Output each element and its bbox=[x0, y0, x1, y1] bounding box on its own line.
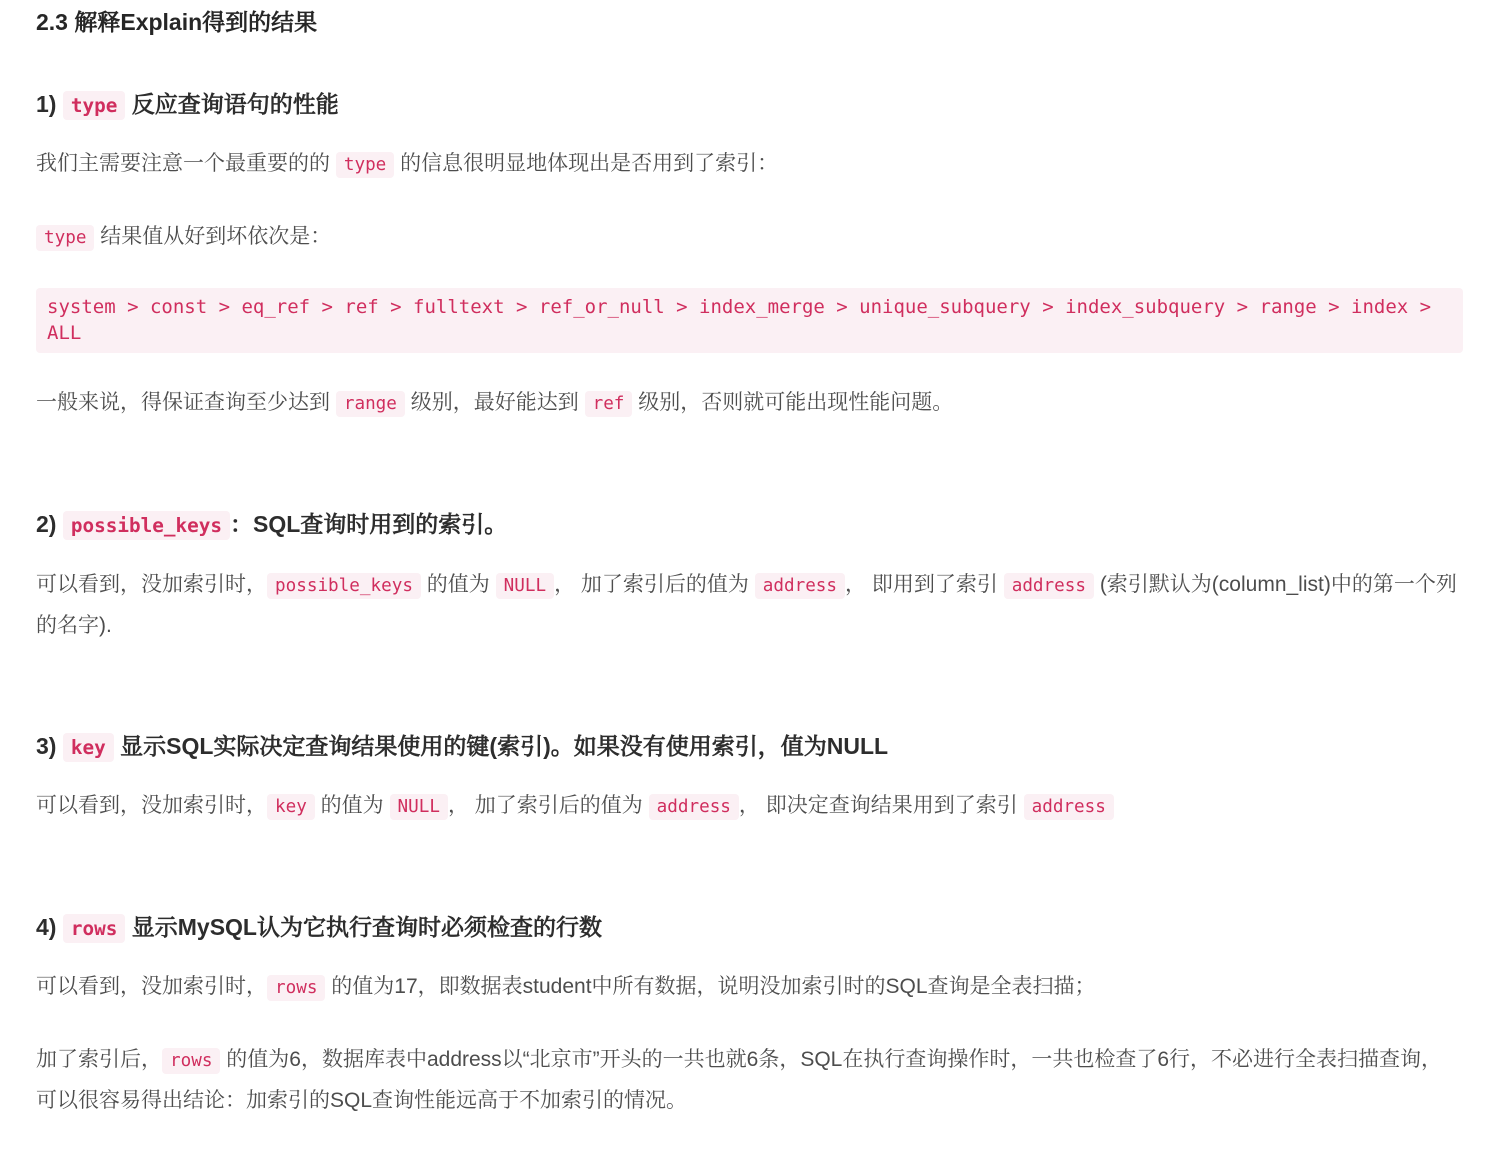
inline-code: address bbox=[649, 794, 739, 820]
inline-code: address bbox=[755, 573, 845, 599]
text-run: 可以看到，没加索引时， bbox=[36, 794, 267, 817]
section-heading-1: 1) type 反应查询语句的性能 bbox=[36, 88, 339, 120]
inline-code: rows bbox=[162, 1048, 220, 1074]
inline-code: type bbox=[336, 152, 394, 178]
text-run: 级别，最好能达到 bbox=[405, 391, 585, 414]
section-heading-4: 4) rows 显示MySQL认为它执行查询时必须检查的行数 bbox=[36, 911, 602, 943]
text-run: ， 即决定查询结果用到了索引 bbox=[739, 794, 1024, 817]
text-run: 的值为17，即数据表student中所有数据，说明没加索引时的SQL查询是全表扫… bbox=[325, 975, 1095, 998]
text-run: 一般来说，得保证查询至少达到 bbox=[36, 391, 336, 414]
paragraph-rows-no-index: 可以看到，没加索引时，rows 的值为17，即数据表student中所有数据，说… bbox=[36, 967, 1096, 1008]
text-run: 的值为6，数据库表中address以“北京市”开头的一共也就6条，SQL在执行查… bbox=[36, 1048, 1442, 1112]
text-run: 的信息很明显地体现出是否用到了索引： bbox=[394, 152, 778, 175]
text-run: 的值为 bbox=[421, 573, 496, 596]
article-content: 1) type 反应查询语句的性能我们主需要注意一个最重要的的 type 的信息… bbox=[36, 88, 1463, 1137]
text-run: ：SQL查询时用到的索引。 bbox=[230, 511, 507, 537]
inline-code: type bbox=[63, 91, 126, 120]
paragraph-rows-with-index: 加了索引后，rows 的值为6，数据库表中address以“北京市”开头的一共也… bbox=[36, 1040, 1463, 1121]
inline-code: range bbox=[336, 391, 405, 417]
paragraph-key: 可以看到，没加索引时，key 的值为 NULL， 加了索引后的值为 addres… bbox=[36, 786, 1114, 827]
paragraph-type-order-label: type 结果值从好到坏依次是： bbox=[36, 217, 331, 258]
text-run: 可以看到，没加索引时， bbox=[36, 975, 267, 998]
text-run: ， 加了索引后的值为 bbox=[554, 573, 755, 596]
text-run: 加了索引后， bbox=[36, 1048, 162, 1071]
text-run: 我们主需要注意一个最重要的的 bbox=[36, 152, 336, 175]
text-run: 结果值从好到坏依次是： bbox=[94, 225, 331, 248]
inline-code: ref bbox=[585, 391, 633, 417]
text-run: 3) bbox=[36, 733, 63, 759]
section-heading-3: 3) key 显示SQL实际决定查询结果使用的键(索引)。如果没有使用索引，值为… bbox=[36, 730, 888, 762]
inline-code: type bbox=[36, 225, 94, 251]
inline-code: key bbox=[267, 794, 315, 820]
text-run: ， 即用到了索引 bbox=[845, 573, 1004, 596]
section-heading-2: 2) possible_keys：SQL查询时用到的索引。 bbox=[36, 508, 507, 540]
paragraph-type-intro: 我们主需要注意一个最重要的的 type 的信息很明显地体现出是否用到了索引： bbox=[36, 144, 778, 185]
text-run: 显示SQL实际决定查询结果使用的键(索引)。如果没有使用索引，值为NULL bbox=[114, 733, 888, 759]
inline-code: rows bbox=[63, 914, 126, 943]
inline-code: address bbox=[1024, 794, 1114, 820]
text-run: 的值为 bbox=[315, 794, 390, 817]
text-run: 显示MySQL认为它执行查询时必须检查的行数 bbox=[125, 914, 602, 940]
inline-code: rows bbox=[267, 975, 325, 1001]
text-run: 1) bbox=[36, 91, 63, 117]
article: 2.3 解释Explain得到的结果 1) type 反应查询语句的性能我们主需… bbox=[36, 8, 1463, 1137]
inline-code: key bbox=[63, 733, 114, 762]
text-run: ， 加了索引后的值为 bbox=[448, 794, 649, 817]
code-line-type-order: system > const > eq_ref > ref > fulltext… bbox=[36, 288, 1463, 353]
text-run: 可以看到，没加索引时， bbox=[36, 573, 267, 596]
inline-code: address bbox=[1004, 573, 1094, 599]
inline-code: possible_keys bbox=[267, 573, 421, 599]
inline-code: possible_keys bbox=[63, 511, 230, 540]
paragraph-type-advice: 一般来说，得保证查询至少达到 range 级别，最好能达到 ref 级别，否则就… bbox=[36, 383, 953, 424]
inline-code: NULL bbox=[390, 794, 448, 820]
page-title: 2.3 解释Explain得到的结果 bbox=[36, 8, 317, 38]
text-run: 级别，否则就可能出现性能问题。 bbox=[632, 391, 953, 414]
paragraph-possible-keys: 可以看到，没加索引时，possible_keys 的值为 NULL， 加了索引后… bbox=[36, 565, 1463, 646]
text-run: 2) bbox=[36, 511, 63, 537]
text-run: 反应查询语句的性能 bbox=[125, 91, 338, 117]
inline-code: NULL bbox=[496, 573, 554, 599]
text-run: 4) bbox=[36, 914, 63, 940]
